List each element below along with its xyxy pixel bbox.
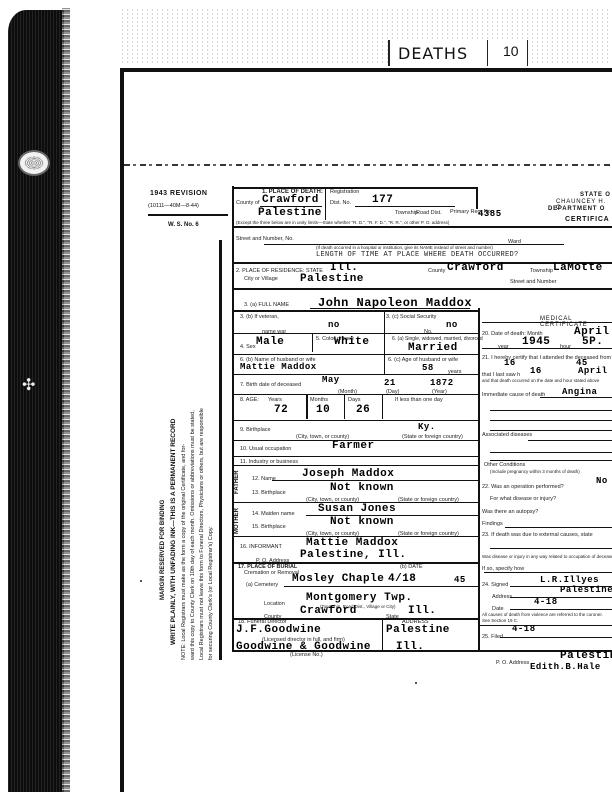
margin-note-line: ward this copy to County Clerk on 10th d…: [190, 410, 196, 660]
death-occurred-note: and that death occurred on the date and …: [482, 378, 599, 383]
birth-month: May: [322, 375, 340, 385]
mother-side-label: MOTHER: [234, 508, 240, 534]
rule: [490, 420, 612, 421]
other-conditions-label: Other Conditions: [484, 462, 525, 468]
section-tab-label: DEATHS: [398, 44, 468, 63]
binding-edge: [62, 8, 70, 792]
informant-address: Palestine, Ill.: [300, 549, 407, 561]
cemetery-label: (a) Cemetery: [246, 582, 278, 588]
immediate-cause: Angina: [562, 387, 597, 397]
city-label: City or Village: [244, 276, 278, 282]
rule: [234, 310, 478, 312]
autopsy-label: Was there an autopsy?: [482, 509, 538, 515]
residence-street-label: Street and Number: [510, 279, 556, 285]
rule: [234, 354, 478, 355]
mother-maiden-name: Susan Jones: [318, 503, 396, 515]
license-label: (License No.): [290, 652, 323, 658]
rule: [384, 311, 385, 375]
informant-label: 16. INFORMANT: [240, 544, 282, 550]
dist-no-label: Dist. No.: [330, 200, 351, 206]
father-birthplace-label: 13. Birthplace: [252, 490, 286, 496]
residence-county: Crawford: [447, 262, 504, 274]
spouse-age: 58: [422, 363, 434, 373]
state-header: DEPARTMENT O: [548, 206, 605, 212]
veteran-war-label: name war: [262, 329, 286, 335]
rule: [234, 394, 478, 395]
spouse-name: Mattie Maddox: [240, 362, 317, 372]
residence-city: Palestine: [300, 273, 364, 285]
residence-township: LaMotte: [553, 262, 603, 274]
rule: [476, 187, 478, 209]
accident-followup-label: Was disease or injury in any way related…: [482, 554, 612, 559]
township-label: Township: [395, 210, 418, 216]
binding-strip: ✣: [8, 10, 64, 792]
margin-note-line: for securing County Clerk's (or Local Re…: [208, 526, 214, 660]
margin-note-instruction: WRITE PLAINLY, WITH UNFADING INK—THIS IS…: [170, 419, 177, 645]
rule: [490, 452, 612, 453]
pregnancy-note: (Include pregnancy within 3 months of de…: [490, 469, 580, 474]
registrar-address-label: P. O. Address: [496, 660, 529, 666]
birth-day: 21: [384, 378, 396, 388]
sheet-top-border: [122, 68, 612, 72]
rule: [510, 609, 612, 610]
form-revision-code: (10111—40M—8-44): [148, 203, 199, 209]
burial-date-label: (b) DATE: [400, 564, 423, 570]
rule: [505, 527, 612, 528]
signed-label: 24. Signed: [482, 582, 508, 588]
rule: [234, 333, 478, 334]
scan-speck: [140, 580, 142, 582]
father-birthplace: Not known: [330, 482, 394, 494]
age-months: 10: [316, 404, 330, 416]
color-value: White: [334, 336, 370, 348]
burial-county: Crawford: [300, 605, 357, 617]
rule: [306, 395, 308, 419]
certify-label: 21. I hereby certify that I attended the…: [482, 355, 611, 361]
margin-note-line: NOTE: Local Registrars must make as the …: [181, 444, 187, 660]
accident-label: 23. If death was due to external causes,…: [482, 532, 593, 538]
rule: [490, 430, 612, 431]
clip-icon: ✣: [22, 375, 35, 395]
age-years-label: Years: [268, 397, 282, 403]
veteran-label: 3. (b) If veteran,: [240, 314, 279, 320]
rule: [325, 188, 326, 220]
death-hour-label: hour: [560, 344, 571, 350]
physician-date: 4-18: [534, 597, 558, 607]
state-header: STATE O: [580, 192, 611, 198]
rule: [234, 374, 478, 375]
margin-note-title: MARGIN RESERVED FOR BINDING: [160, 500, 166, 600]
all-causes-note: All causes of death from violence are re…: [482, 612, 612, 624]
social-security-no-label: No.: [424, 329, 433, 335]
age-days: 26: [356, 404, 370, 416]
registration-label: Registration: [330, 189, 359, 195]
operation-label: 22. Was an operation performed?: [482, 484, 564, 490]
rule: [480, 625, 612, 626]
registrar-signature: Edith.B.Hale: [530, 662, 601, 672]
birth-date-label: 7. Birth date of deceased: [240, 382, 301, 388]
divider: [148, 214, 228, 216]
social-security-label: 3. (c) Social Security: [386, 314, 436, 320]
social-security-value: no: [446, 320, 458, 330]
birth-year: 1872: [430, 378, 454, 388]
death-town: Palestine: [258, 207, 322, 219]
perforation-line: [124, 164, 612, 166]
associated-diseases-label: Associated diseases: [482, 432, 532, 438]
section-tab-number: 10: [503, 43, 519, 59]
last-saw-day: 16: [530, 366, 542, 376]
cemetery-name: Mosley Chaple: [292, 573, 384, 585]
sex-label: 4. Sex: [240, 344, 256, 350]
rule: [234, 420, 478, 421]
father-side-label: FATHER: [234, 470, 240, 494]
rule: [382, 620, 383, 650]
binder-hole: [18, 150, 50, 176]
funeral-firm-state: Ill.: [396, 641, 424, 653]
burial-state: Ill.: [408, 605, 436, 617]
death-year: 1945: [522, 336, 550, 348]
mother-birthplace: Not known: [330, 516, 394, 528]
road-dist-label: Road Dist.: [416, 210, 442, 216]
rule: [510, 597, 612, 598]
marital-value: Married: [408, 342, 458, 354]
primary-reg-no: 4385: [478, 209, 502, 219]
veteran-value: no: [328, 320, 340, 330]
occupation-value: Farmer: [332, 440, 375, 452]
rule: [490, 460, 612, 461]
rule: [500, 637, 612, 638]
rule: [484, 572, 612, 573]
rule: [234, 465, 478, 466]
rule: [382, 395, 383, 419]
sheet-left-border: [120, 68, 124, 792]
state-header: CERTIFICA: [565, 216, 610, 223]
birthplace-label: 9. Birthplace: [240, 427, 271, 433]
rule: [478, 308, 480, 652]
scan-speck: [415, 682, 417, 684]
under-day-label: If less than one day: [395, 397, 443, 403]
county-label: County of: [236, 200, 260, 206]
mother-birthplace-label: 15. Birthplace: [252, 524, 286, 530]
rule: [540, 397, 612, 398]
town-note: (Except the three below are in unity lim…: [236, 220, 449, 225]
rule: [284, 586, 478, 587]
mother-maiden-label: 14. Maiden name: [252, 511, 295, 517]
age-months-label: Months: [310, 397, 328, 403]
length-of-time-label: LENGTH OF TIME AT PLACE WHERE DEATH OCCU…: [316, 251, 519, 259]
operation-disease-label: For what disease or injury?: [490, 496, 556, 502]
operation-value: No: [596, 476, 608, 486]
funeral-director-name: J.F.Goodwine: [236, 624, 321, 636]
rule: [482, 322, 612, 323]
occupation-label: 10. Usual occupation: [240, 446, 291, 452]
scan-noise: [120, 8, 612, 63]
rule: [490, 410, 612, 411]
burial-date: 4/18: [388, 573, 416, 585]
age-days-label: Days: [348, 397, 361, 403]
father-name: Joseph Maddox: [302, 468, 394, 480]
form-revision: 1943 REVISION: [150, 190, 207, 197]
burial-type-label: Cremation or Removal: [244, 570, 299, 576]
rule: [482, 348, 612, 349]
age-years: 72: [274, 404, 288, 416]
burial-year: 45: [454, 575, 466, 585]
rule: [490, 548, 612, 549]
death-hour: 5P.: [582, 336, 603, 348]
rule: [272, 480, 478, 481]
informant-name: Mattie Maddox: [306, 537, 398, 549]
findings-label: Findings: [482, 521, 503, 527]
residence-county-label: County: [428, 268, 445, 274]
physician-signature: L.R.Illyes: [540, 575, 599, 585]
hospital-note: (If death occurred in a hospital or inst…: [316, 245, 493, 250]
last-saw-month: April: [578, 366, 608, 376]
attended-from-day: 16: [504, 358, 516, 368]
rule: [344, 395, 345, 419]
burial-location-label: Location: [264, 601, 285, 607]
burial-location: Montgomery Twp.: [306, 592, 413, 604]
registrar-address: Palestine: [560, 650, 612, 662]
rule: [528, 440, 612, 441]
father-name-label: 12. Name: [252, 476, 276, 482]
margin-note-line: Local Registrars must not leave this for…: [199, 408, 205, 660]
death-year-label: year: [498, 344, 509, 350]
ward-label: Ward: [508, 239, 521, 245]
death-county: Crawford: [262, 194, 319, 206]
rule: [234, 456, 478, 457]
form-number: W. S. No. 6: [168, 222, 199, 228]
age-label: 8. AGE:: [240, 397, 259, 403]
physician-address: Palestine: [560, 585, 612, 595]
rule: [234, 288, 612, 290]
dist-no: 177: [372, 194, 393, 206]
rule: [355, 206, 455, 207]
full-name-label: 3. (a) FULL NAME: [244, 302, 289, 308]
birthplace-value: Ky.: [418, 422, 436, 432]
street-label: Street and Number, No.: [236, 236, 294, 242]
rule: [310, 308, 470, 309]
rule: [234, 226, 612, 228]
margin-rule: [219, 240, 222, 660]
residence-township-label: Township: [530, 268, 553, 274]
funeral-director-address: Palestine: [386, 624, 450, 636]
sex-value: Male: [256, 336, 284, 348]
rule: [312, 334, 313, 352]
cause-label: Immediate cause of death: [482, 392, 545, 398]
filed-date: 4-18: [512, 624, 536, 634]
